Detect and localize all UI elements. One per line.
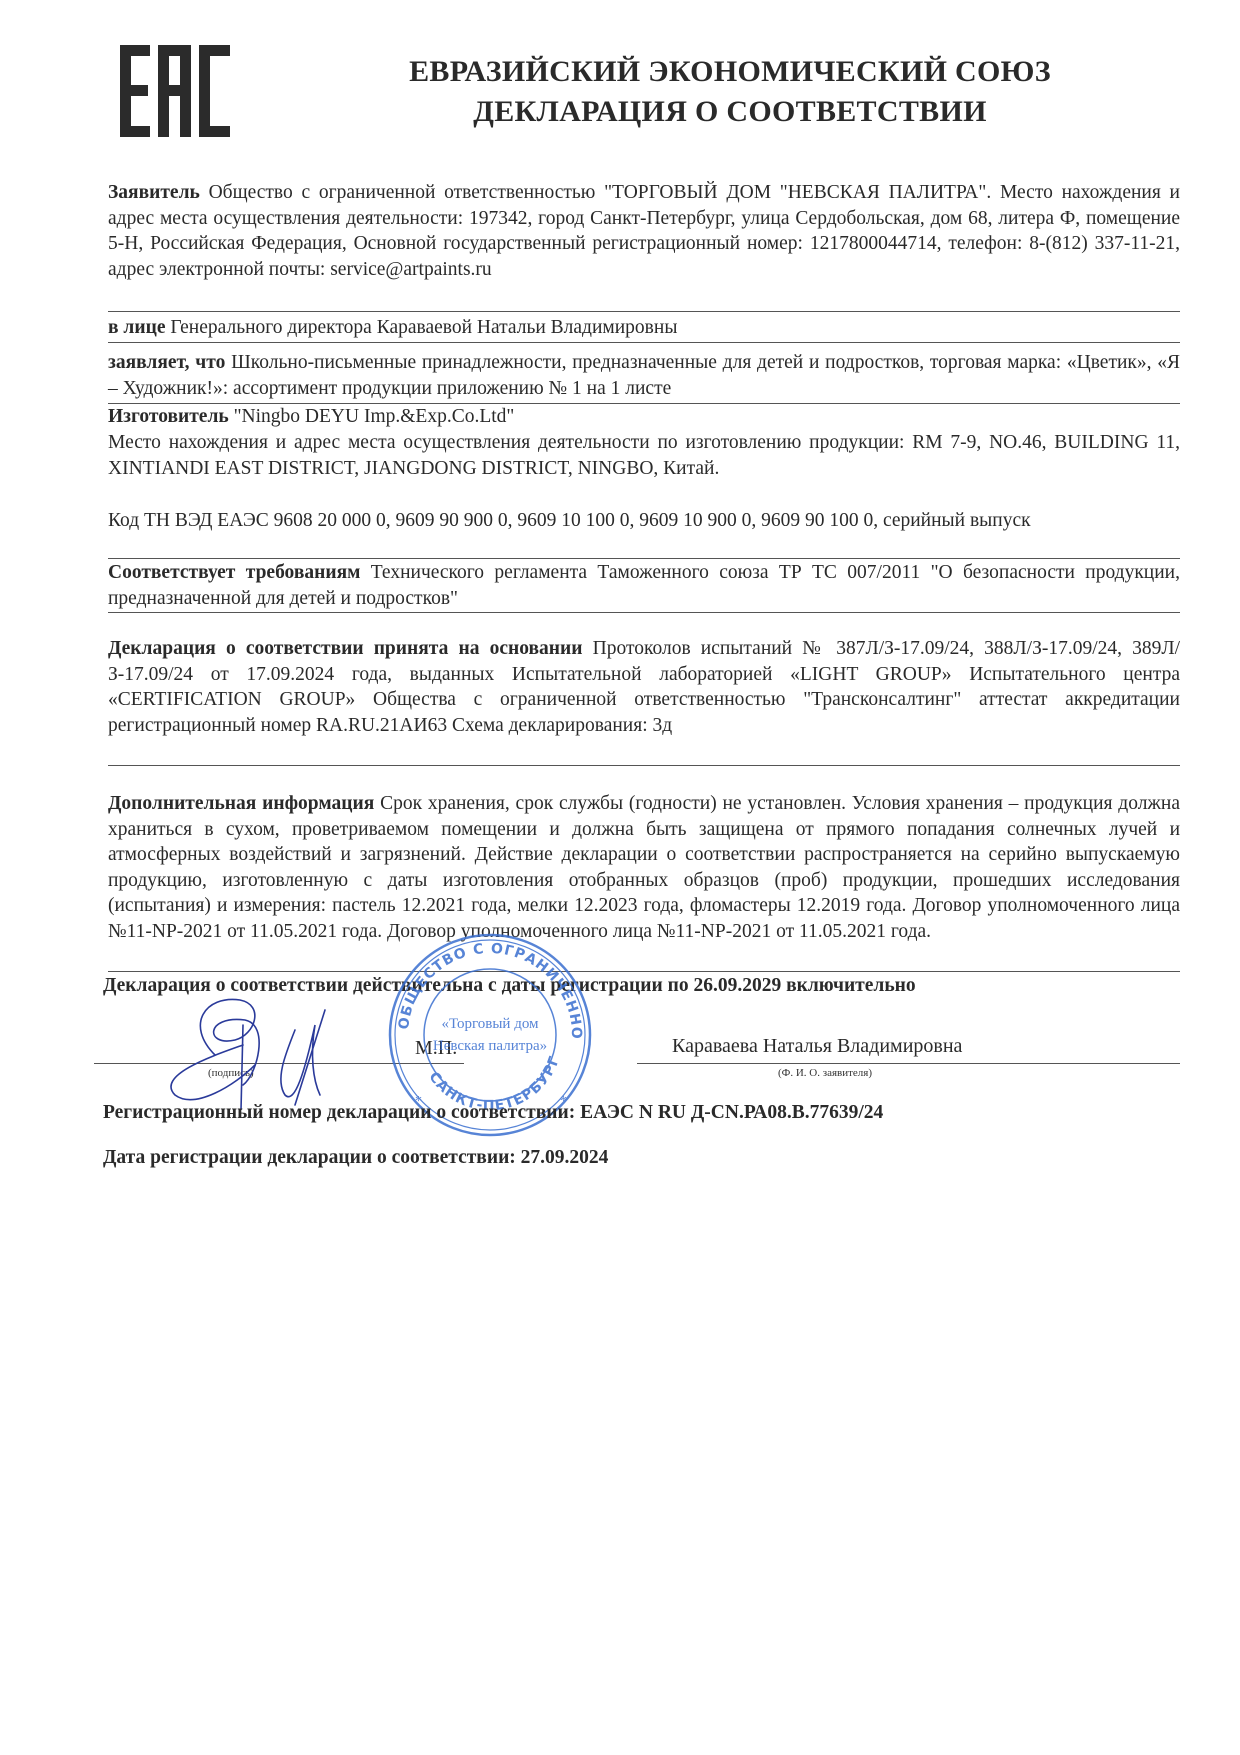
handwritten-signature-icon — [145, 985, 375, 1110]
divider — [108, 765, 1180, 766]
hs-codes-text: Код ТН ВЭД ЕАЭС 9608 20 000 0, 9609 90 9… — [108, 510, 1031, 531]
manufacturer-name: "Ningbo DEYU Imp.&Exp.Co.Ltd" — [234, 406, 515, 427]
registration-number-label: Регистрационный номер декларации о соотв… — [103, 1102, 575, 1123]
compliance-label: Соответствует требованиям — [108, 562, 360, 583]
title-declaration: ДЕКЛАРАЦИЯ О СООТВЕТСТВИИ — [340, 92, 1120, 132]
registration-date-row: Дата регистрации декларации о соответств… — [103, 1147, 608, 1169]
manufacturer-label: Изготовитель — [108, 406, 229, 427]
registration-date: 27.09.2024 — [521, 1147, 609, 1168]
declares-section: заявляет, что Школьно-письменные принадл… — [108, 350, 1180, 401]
registration-number: ЕАЭС N RU Д-CN.РА08.В.77639/24 — [580, 1102, 883, 1123]
represented-by-label: в лице — [108, 317, 165, 338]
divider — [108, 311, 1180, 312]
compliance-section: Соответствует требованиям Технического р… — [108, 560, 1180, 611]
divider — [108, 342, 1180, 343]
document-title: ЕВРАЗИЙСКИЙ ЭКОНОМИЧЕСКИЙ СОЮЗ ДЕКЛАРАЦИ… — [340, 52, 1120, 132]
divider — [108, 612, 1180, 613]
represented-by-text: Генерального директора Караваевой Наталь… — [170, 317, 677, 338]
applicant-label: Заявитель — [108, 182, 200, 203]
applicant-name-line — [637, 1063, 1180, 1064]
title-union: ЕВРАЗИЙСКИЙ ЭКОНОМИЧЕСКИЙ СОЮЗ — [340, 52, 1120, 92]
additional-info-label: Дополнительная информация — [108, 793, 374, 814]
divider — [108, 971, 1180, 972]
hs-codes-section: Код ТН ВЭД ЕАЭС 9608 20 000 0, 9609 90 9… — [108, 508, 1180, 534]
declaration-page: ЕВРАЗИЙСКИЙ ЭКОНОМИЧЕСКИЙ СОЮЗ ДЕКЛАРАЦИ… — [0, 0, 1240, 1755]
declares-text: Школьно-письменные принадлежности, предн… — [108, 352, 1180, 399]
registration-number-row: Регистрационный номер декларации о соотв… — [103, 1102, 883, 1124]
stamp-center-line1: «Торговый дом — [441, 1016, 539, 1032]
applicant-section: Заявитель Общество с ограниченной ответс… — [108, 180, 1180, 282]
represented-by-section: в лице Генерального директора Караваевой… — [108, 315, 1180, 341]
applicant-signatory-name: Караваева Наталья Владимировна — [672, 1035, 962, 1058]
applicant-text: Общество с ограниченной ответственностью… — [108, 182, 1180, 280]
name-caption: (Ф. И. О. заявителя) — [778, 1067, 872, 1079]
declares-label: заявляет, что — [108, 352, 225, 373]
additional-info-section: Дополнительная информация Срок хранения,… — [108, 791, 1180, 944]
divider — [108, 558, 1180, 559]
manufacturer-section: Изготовитель "Ningbo DEYU Imp.&Exp.Co.Lt… — [108, 404, 1180, 430]
stamp-center-line2: Невская палитра» — [433, 1038, 547, 1054]
additional-info-text: Срок хранения, срок службы (годности) не… — [108, 793, 1180, 942]
eac-logo-icon — [120, 45, 230, 137]
basis-section: Декларация о соответствии принята на осн… — [108, 636, 1180, 738]
manufacturer-address: Место нахождения и адрес места осуществл… — [108, 430, 1180, 481]
registration-date-label: Дата регистрации декларации о соответств… — [103, 1147, 516, 1168]
basis-label: Декларация о соответствии принята на осн… — [108, 638, 583, 659]
